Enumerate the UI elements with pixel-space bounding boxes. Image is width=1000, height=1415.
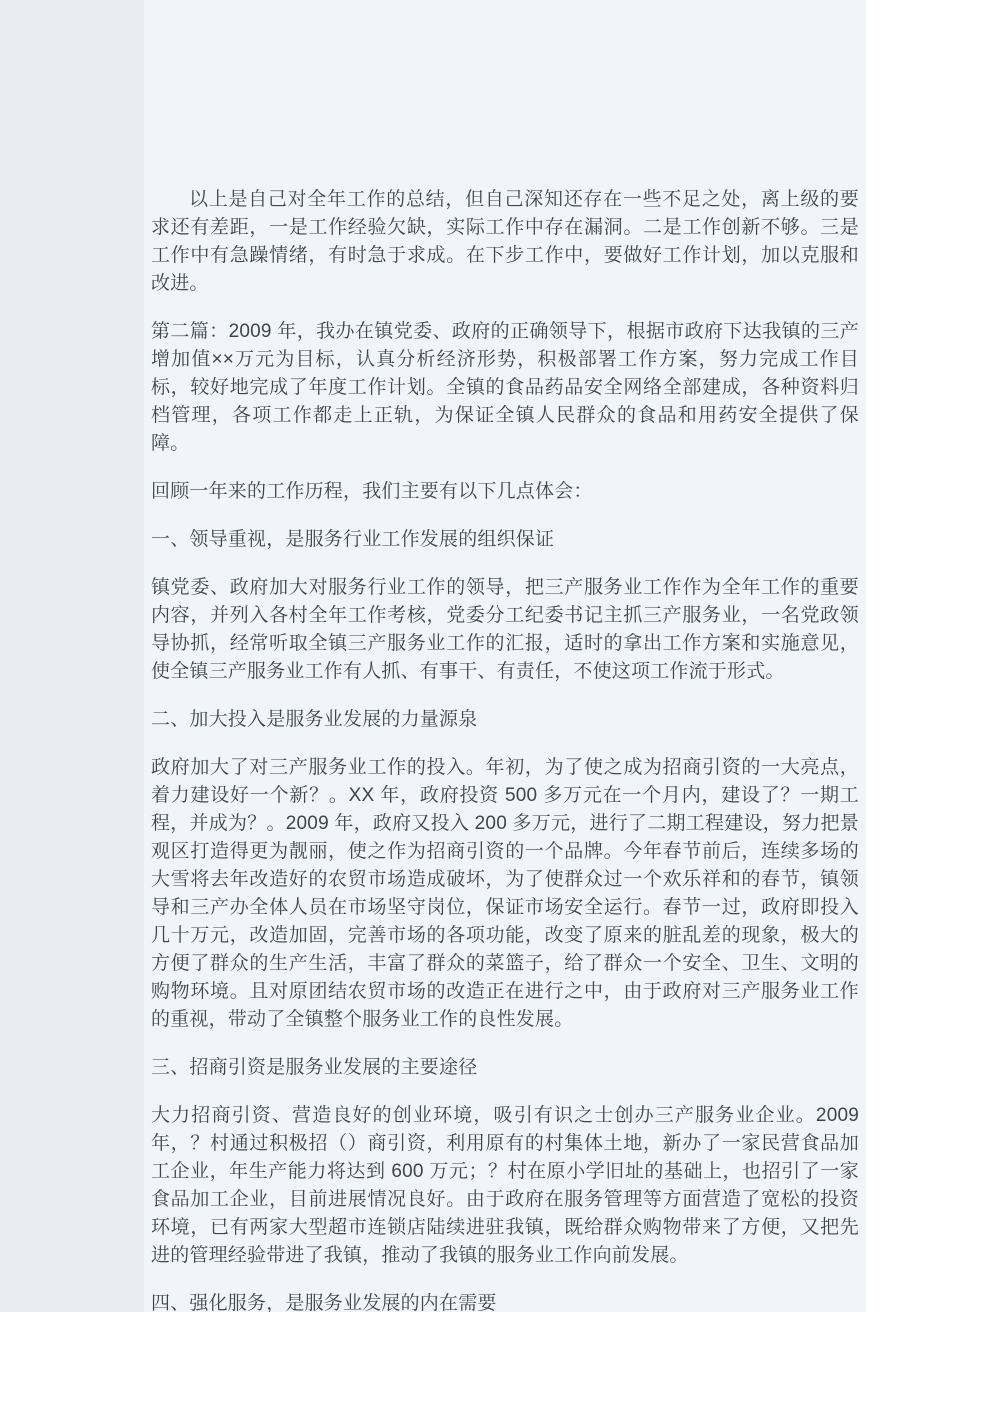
- document-page: 以上是自己对全年工作的总结，但自己深知还存在一些不足之处，离上级的要求还有差距，…: [144, 0, 866, 1312]
- paragraph: 大力招商引资、营造良好的创业环境，吸引有识之士创办三产服务业企业。2009 年，…: [151, 1102, 859, 1270]
- section-heading: 四、强化服务，是服务业发展的内在需要: [151, 1290, 859, 1312]
- page-canvas: 以上是自己对全年工作的总结，但自己深知还存在一些不足之处，离上级的要求还有差距，…: [0, 0, 1000, 1415]
- paragraph: 回顾一年来的工作历程，我们主要有以下几点体会：: [151, 478, 859, 506]
- section-heading: 二、加大投入是服务业发展的力量源泉: [151, 706, 859, 734]
- section-heading: 三、招商引资是服务业发展的主要途径: [151, 1054, 859, 1082]
- paragraph: 政府加大了对三产服务业工作的投入。年初，为了使之成为招商引资的一大亮点，着力建设…: [151, 754, 859, 1034]
- section-heading: 一、领导重视，是服务行业工作发展的组织保证: [151, 526, 859, 554]
- paragraph: 镇党委、政府加大对服务行业工作的领导，把三产服务业工作作为全年工作的重要内容，并…: [151, 574, 859, 686]
- paragraph: 第二篇：2009 年，我办在镇党委、政府的正确领导下，根据市政府下达我镇的三产增…: [151, 318, 859, 458]
- paragraph: 以上是自己对全年工作的总结，但自己深知还存在一些不足之处，离上级的要求还有差距，…: [151, 186, 859, 298]
